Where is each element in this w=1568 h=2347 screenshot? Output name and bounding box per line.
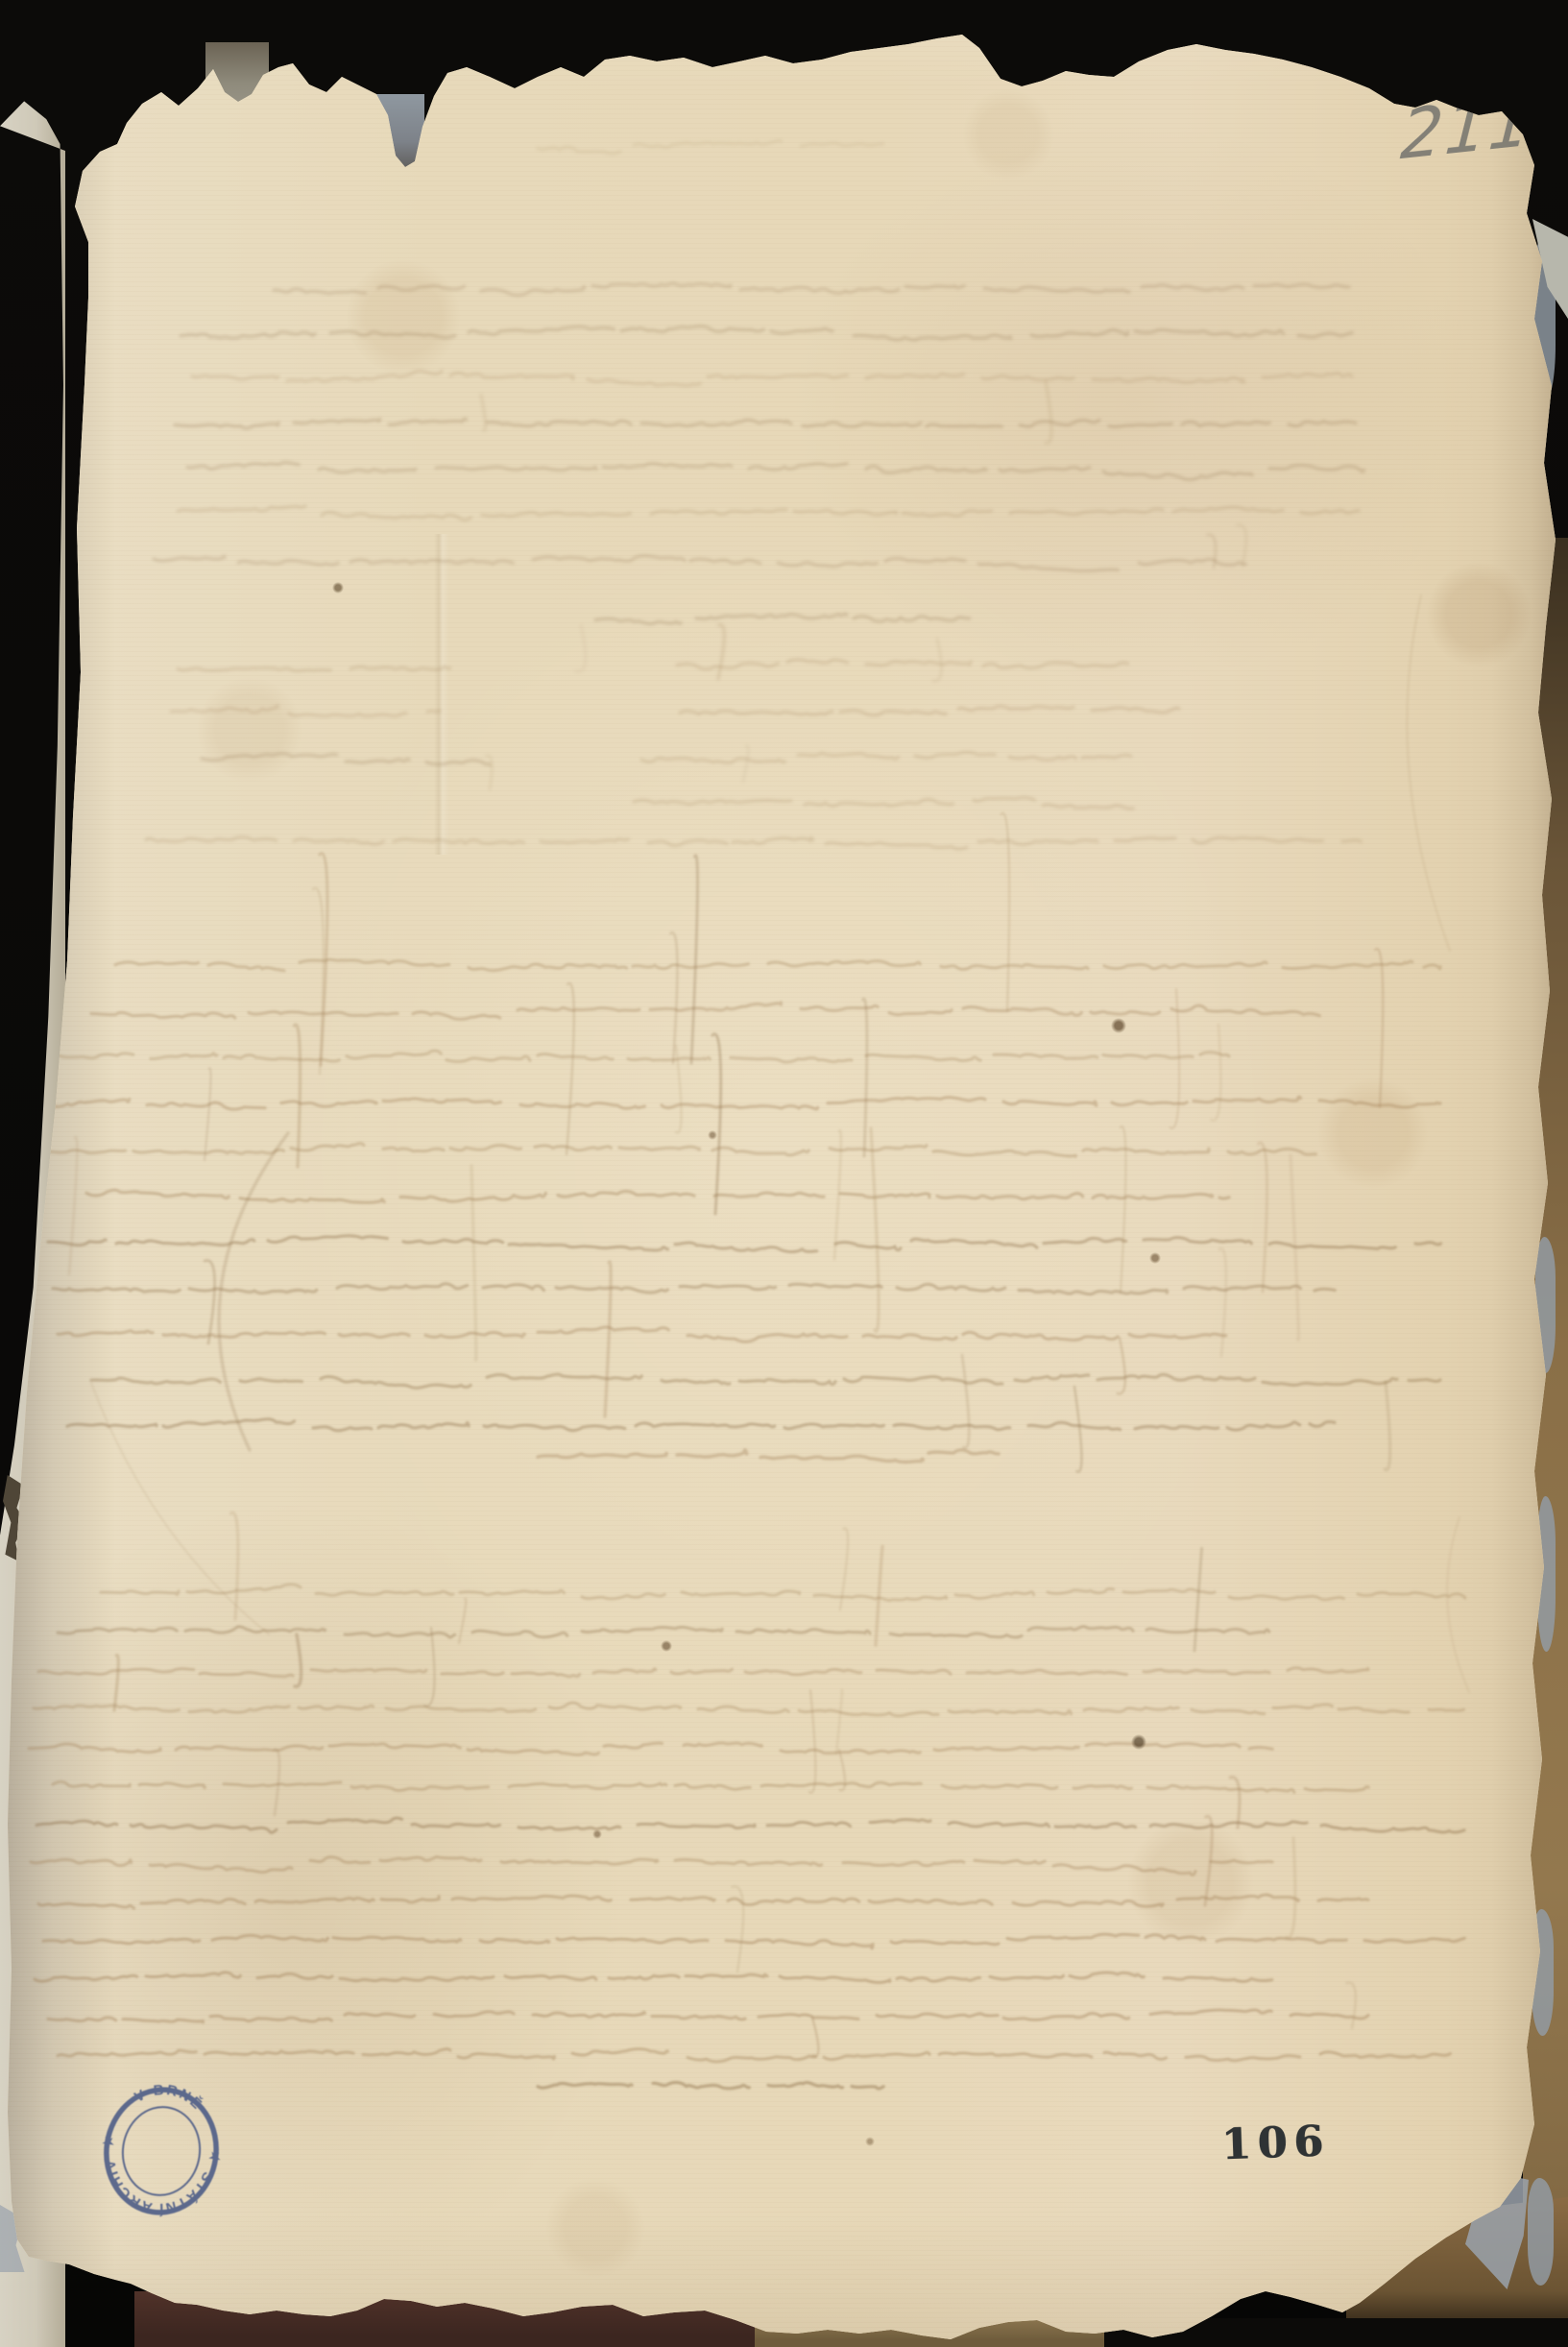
pencil-page-number: 211 xyxy=(1387,79,1564,194)
sheet-number-stamp: 106 xyxy=(1220,2117,1357,2175)
scanned-manuscript-page: 211 106 STÁTNÍ ARCHIV V BRNĚ ★ ★ xyxy=(0,0,1568,2347)
torn-underpage-sliver xyxy=(1528,2178,1554,2286)
archive-stamp-icon: STÁTNÍ ARCHIV V BRNĚ ★ ★ xyxy=(99,2082,224,2220)
manuscript-sheet: 211 106 STÁTNÍ ARCHIV V BRNĚ ★ ★ xyxy=(0,0,1568,2347)
stamp-arc-bottom-text: V BRNĚ xyxy=(130,2082,208,2115)
svg-text:V BRNĚ: V BRNĚ xyxy=(130,2082,208,2115)
stamp-star-icon: ★ xyxy=(101,2134,115,2151)
stamp-star-icon: ★ xyxy=(207,2149,222,2166)
foxing-stains xyxy=(0,0,1568,2347)
